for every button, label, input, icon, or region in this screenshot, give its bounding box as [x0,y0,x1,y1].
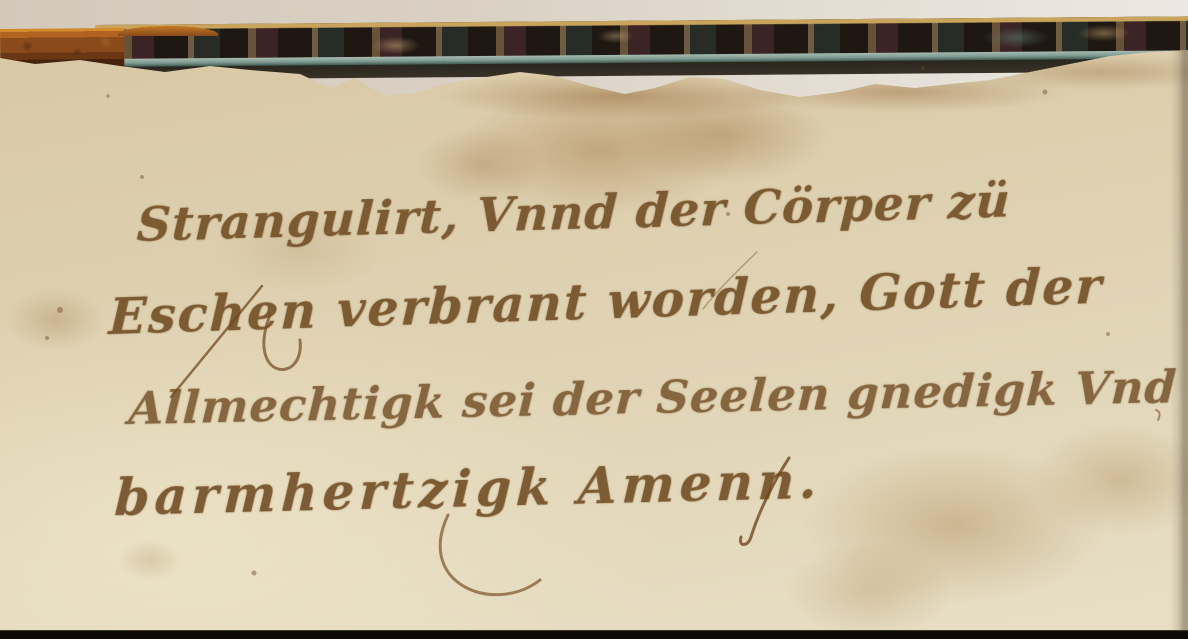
photo-bottom-strip [0,630,1188,639]
leather-edge-bump [118,26,218,36]
manuscript-photo: Strangulirt, Vnnd der Cörper zü Eschen v… [0,0,1188,639]
